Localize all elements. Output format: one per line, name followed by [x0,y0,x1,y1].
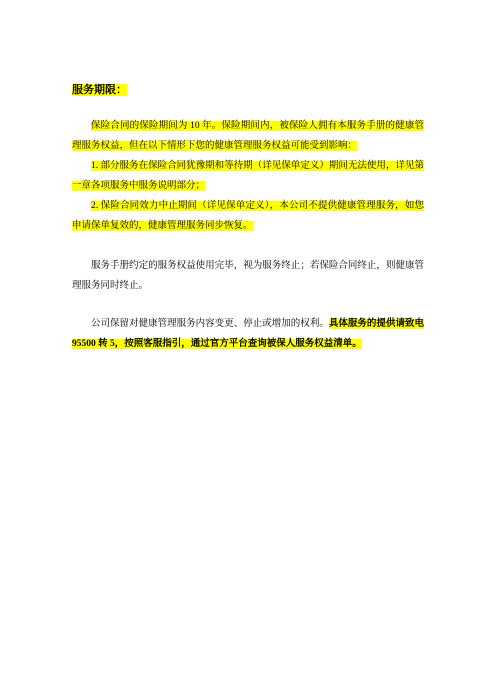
section-title: 服务期限： [72,80,424,100]
paragraph-service-termination: 服务手册约定的服务权益使用完毕，视为服务终止；若保险合同终止，则健康管理服务同时… [72,256,424,296]
paragraph-item-2-suspension-period: 2. 保险合同效力中止期间（详见保单定义），本公司不提供健康管理服务，如您申请保… [72,196,424,236]
paragraph-policy-period-text: 保险合同的保险期间为 10 年。保险期间内，被保险人拥有本服务手册的健康管理服务… [72,121,424,151]
paragraph-item-1-hesitation-waiting-period: 1. 部分服务在保险合同犹豫期和等待期（详见保单定义）期间无法使用，详见第一章各… [72,156,424,196]
document-page: 服务期限： 保险合同的保险期间为 10 年。保险期间内，被保险人拥有本服务手册的… [0,0,495,700]
paragraph-item-2-text: 2. 保险合同效力中止期间（详见保单定义），本公司不提供健康管理服务，如您申请保… [72,201,424,231]
paragraph-company-rights: 公司保留对健康管理服务内容变更、停止或增加的权利。具体服务的提供请致电 9550… [72,314,424,354]
paragraph-company-rights-plain-text: 公司保留对健康管理服务内容变更、停止或增加的权利。 [91,319,329,329]
section-title-text: 服务期限： [72,84,127,96]
paragraph-policy-period: 保险合同的保险期间为 10 年。保险期间内，被保险人拥有本服务手册的健康管理服务… [72,116,424,156]
paragraph-item-1-text: 1. 部分服务在保险合同犹豫期和等待期（详见保单定义）期间无法使用，详见第一章各… [72,161,424,191]
paragraph-service-termination-text: 服务手册约定的服务权益使用完毕，视为服务终止；若保险合同终止，则健康管理服务同时… [72,261,424,291]
